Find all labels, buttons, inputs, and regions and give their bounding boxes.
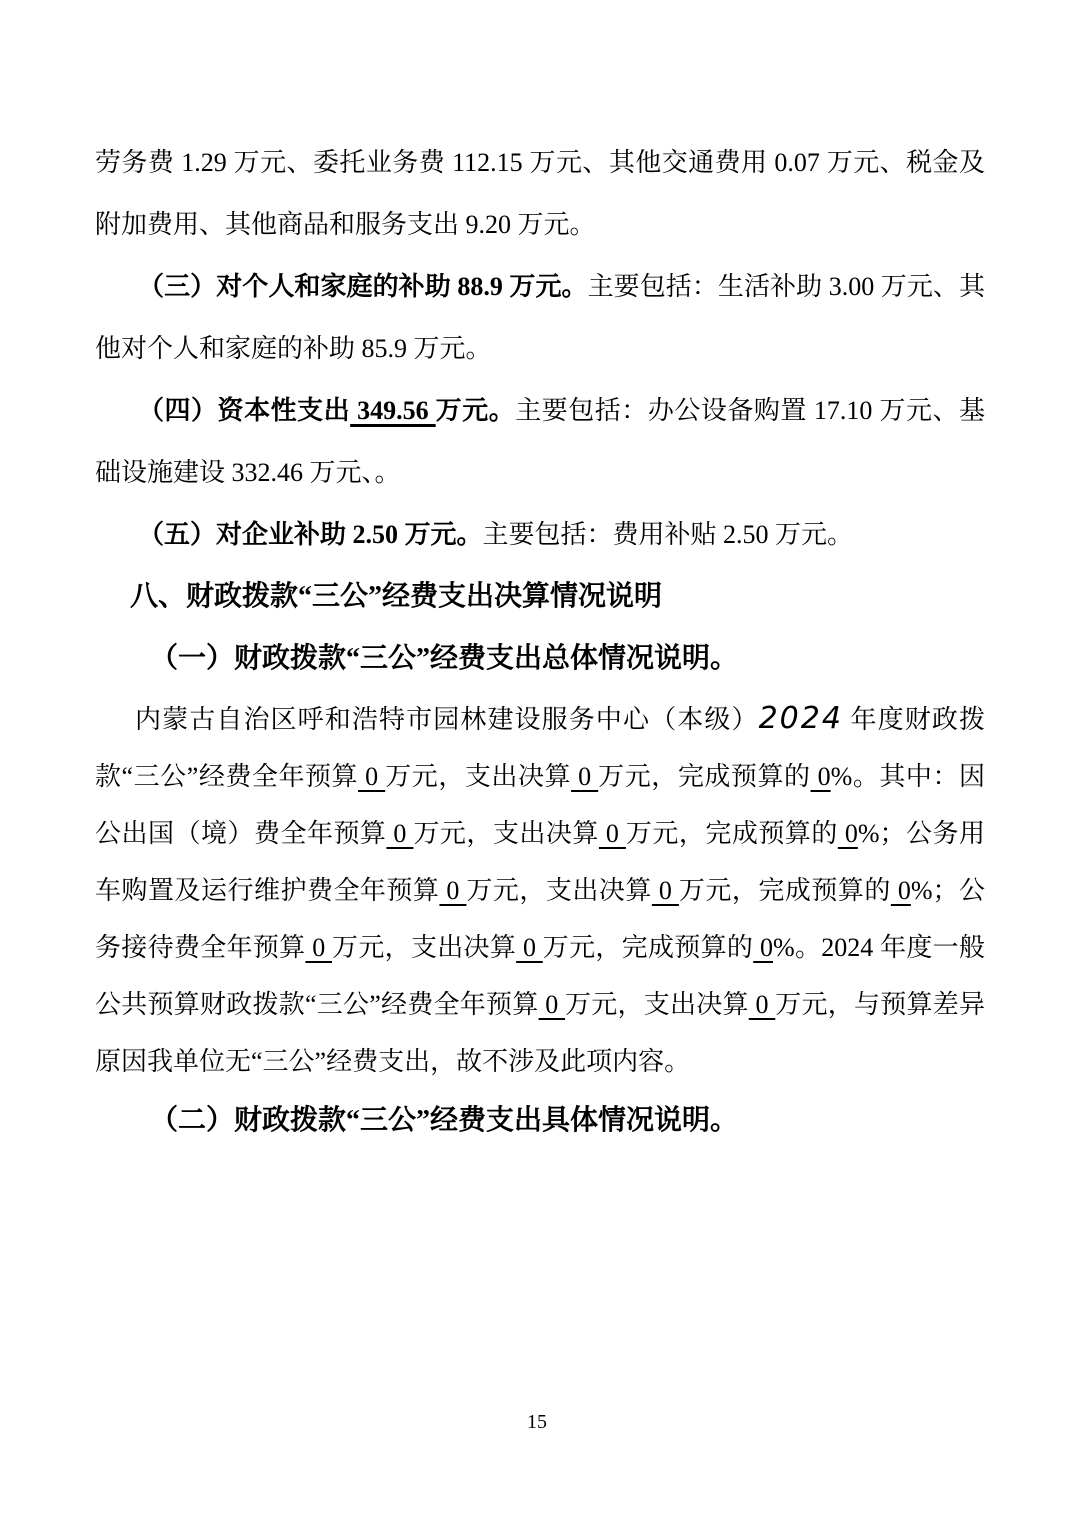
heading-text: （二）财政拨款“三公”经费支出具体情况说明。 — [150, 1105, 738, 1136]
underlined-zero-value: 0 — [749, 990, 776, 1019]
text-segment: 万元，完成预算的 — [626, 819, 838, 848]
heading-text: 八、财政拨款“三公”经费支出决算情况说明 — [130, 581, 662, 612]
underlined-zero-value: 0 — [838, 819, 858, 848]
underlined-zero-value: 0 — [439, 876, 466, 905]
text-segment: 万元，支出决算 — [385, 762, 571, 791]
text-segment: 万元，完成预算的 — [679, 876, 891, 905]
document-page: 劳务费 1.29 万元、委托业务费 112.15 万元、其他交通费用 0.07 … — [0, 0, 1074, 1520]
underlined-zero-value: 0 — [753, 933, 773, 962]
heading-section-eight-one: （一）财政拨款“三公”经费支出总体情况说明。 — [95, 628, 985, 690]
bold-lead-segment: （三）对个人和家庭的补助 88.9 万元。 — [138, 272, 588, 301]
text-segment: 万元，完成预算的 — [598, 762, 810, 791]
heading-text: （一）财政拨款“三公”经费支出总体情况说明。 — [150, 643, 738, 674]
underlined-zero-value: 0 — [652, 876, 679, 905]
paragraph-capital-expenditure: （四）资本性支出 349.56 万元。主要包括：办公设备购置 17.10 万元、… — [95, 380, 985, 504]
text-segment: 万元，支出决算 — [466, 876, 651, 905]
page-number: 15 — [0, 1410, 1074, 1434]
text-segment: 万元，支出决算 — [565, 990, 749, 1019]
text-segment: 劳务费 1.29 万元、委托业务费 112.15 万元、其他交通费用 0.07 … — [95, 148, 985, 239]
text-segment: 万元，支出决算 — [413, 819, 598, 848]
text-segment: 内蒙古自治区呼和浩特市园林建设服务中心（本级） — [135, 705, 759, 734]
text-segment: 主要包括：费用补贴 2.50 万元。 — [483, 520, 854, 549]
paragraph-subsidies-individuals-families: （三）对个人和家庭的补助 88.9 万元。主要包括：生活补助 3.00 万元、其… — [95, 256, 985, 380]
paragraph-enterprise-subsidies: （五）对企业补助 2.50 万元。主要包括：费用补贴 2.50 万元。 — [95, 504, 985, 566]
text-segment: 万元，完成预算的 — [543, 933, 753, 962]
bold-lead-segment: 万元。 — [436, 396, 516, 425]
underlined-zero-value: 0 — [539, 990, 566, 1019]
underlined-zero-value: 0 — [358, 762, 385, 791]
text-segment: 万元，支出决算 — [332, 933, 516, 962]
underlined-amount-value: 349.56 — [350, 396, 436, 425]
bold-lead-segment: （四）资本性支出 — [138, 396, 350, 425]
paragraph-three-public-funds-overview: 内蒙古自治区呼和浩特市园林建设服务中心（本级）2024 年度财政拨款“三公”经费… — [95, 690, 985, 1090]
underlined-zero-value: 0 — [516, 933, 543, 962]
heading-section-eight-two: （二）财政拨款“三公”经费支出具体情况说明。 — [95, 1090, 985, 1152]
underlined-zero-value: 0 — [891, 876, 911, 905]
underlined-zero-value: 0 — [305, 933, 332, 962]
paragraph-services-expenses-continuation: 劳务费 1.29 万元、委托业务费 112.15 万元、其他交通费用 0.07 … — [95, 132, 985, 256]
heading-section-eight: 八、财政拨款“三公”经费支出决算情况说明 — [95, 566, 985, 628]
underlined-zero-value: 0 — [599, 819, 626, 848]
underlined-zero-value: 0 — [571, 762, 598, 791]
underlined-zero-value: 0 — [386, 819, 413, 848]
year-script-value: 2024 — [759, 701, 843, 736]
bold-lead-segment: （五）对企业补助 2.50 万元。 — [138, 520, 483, 549]
underlined-zero-value: 0 — [811, 762, 831, 791]
